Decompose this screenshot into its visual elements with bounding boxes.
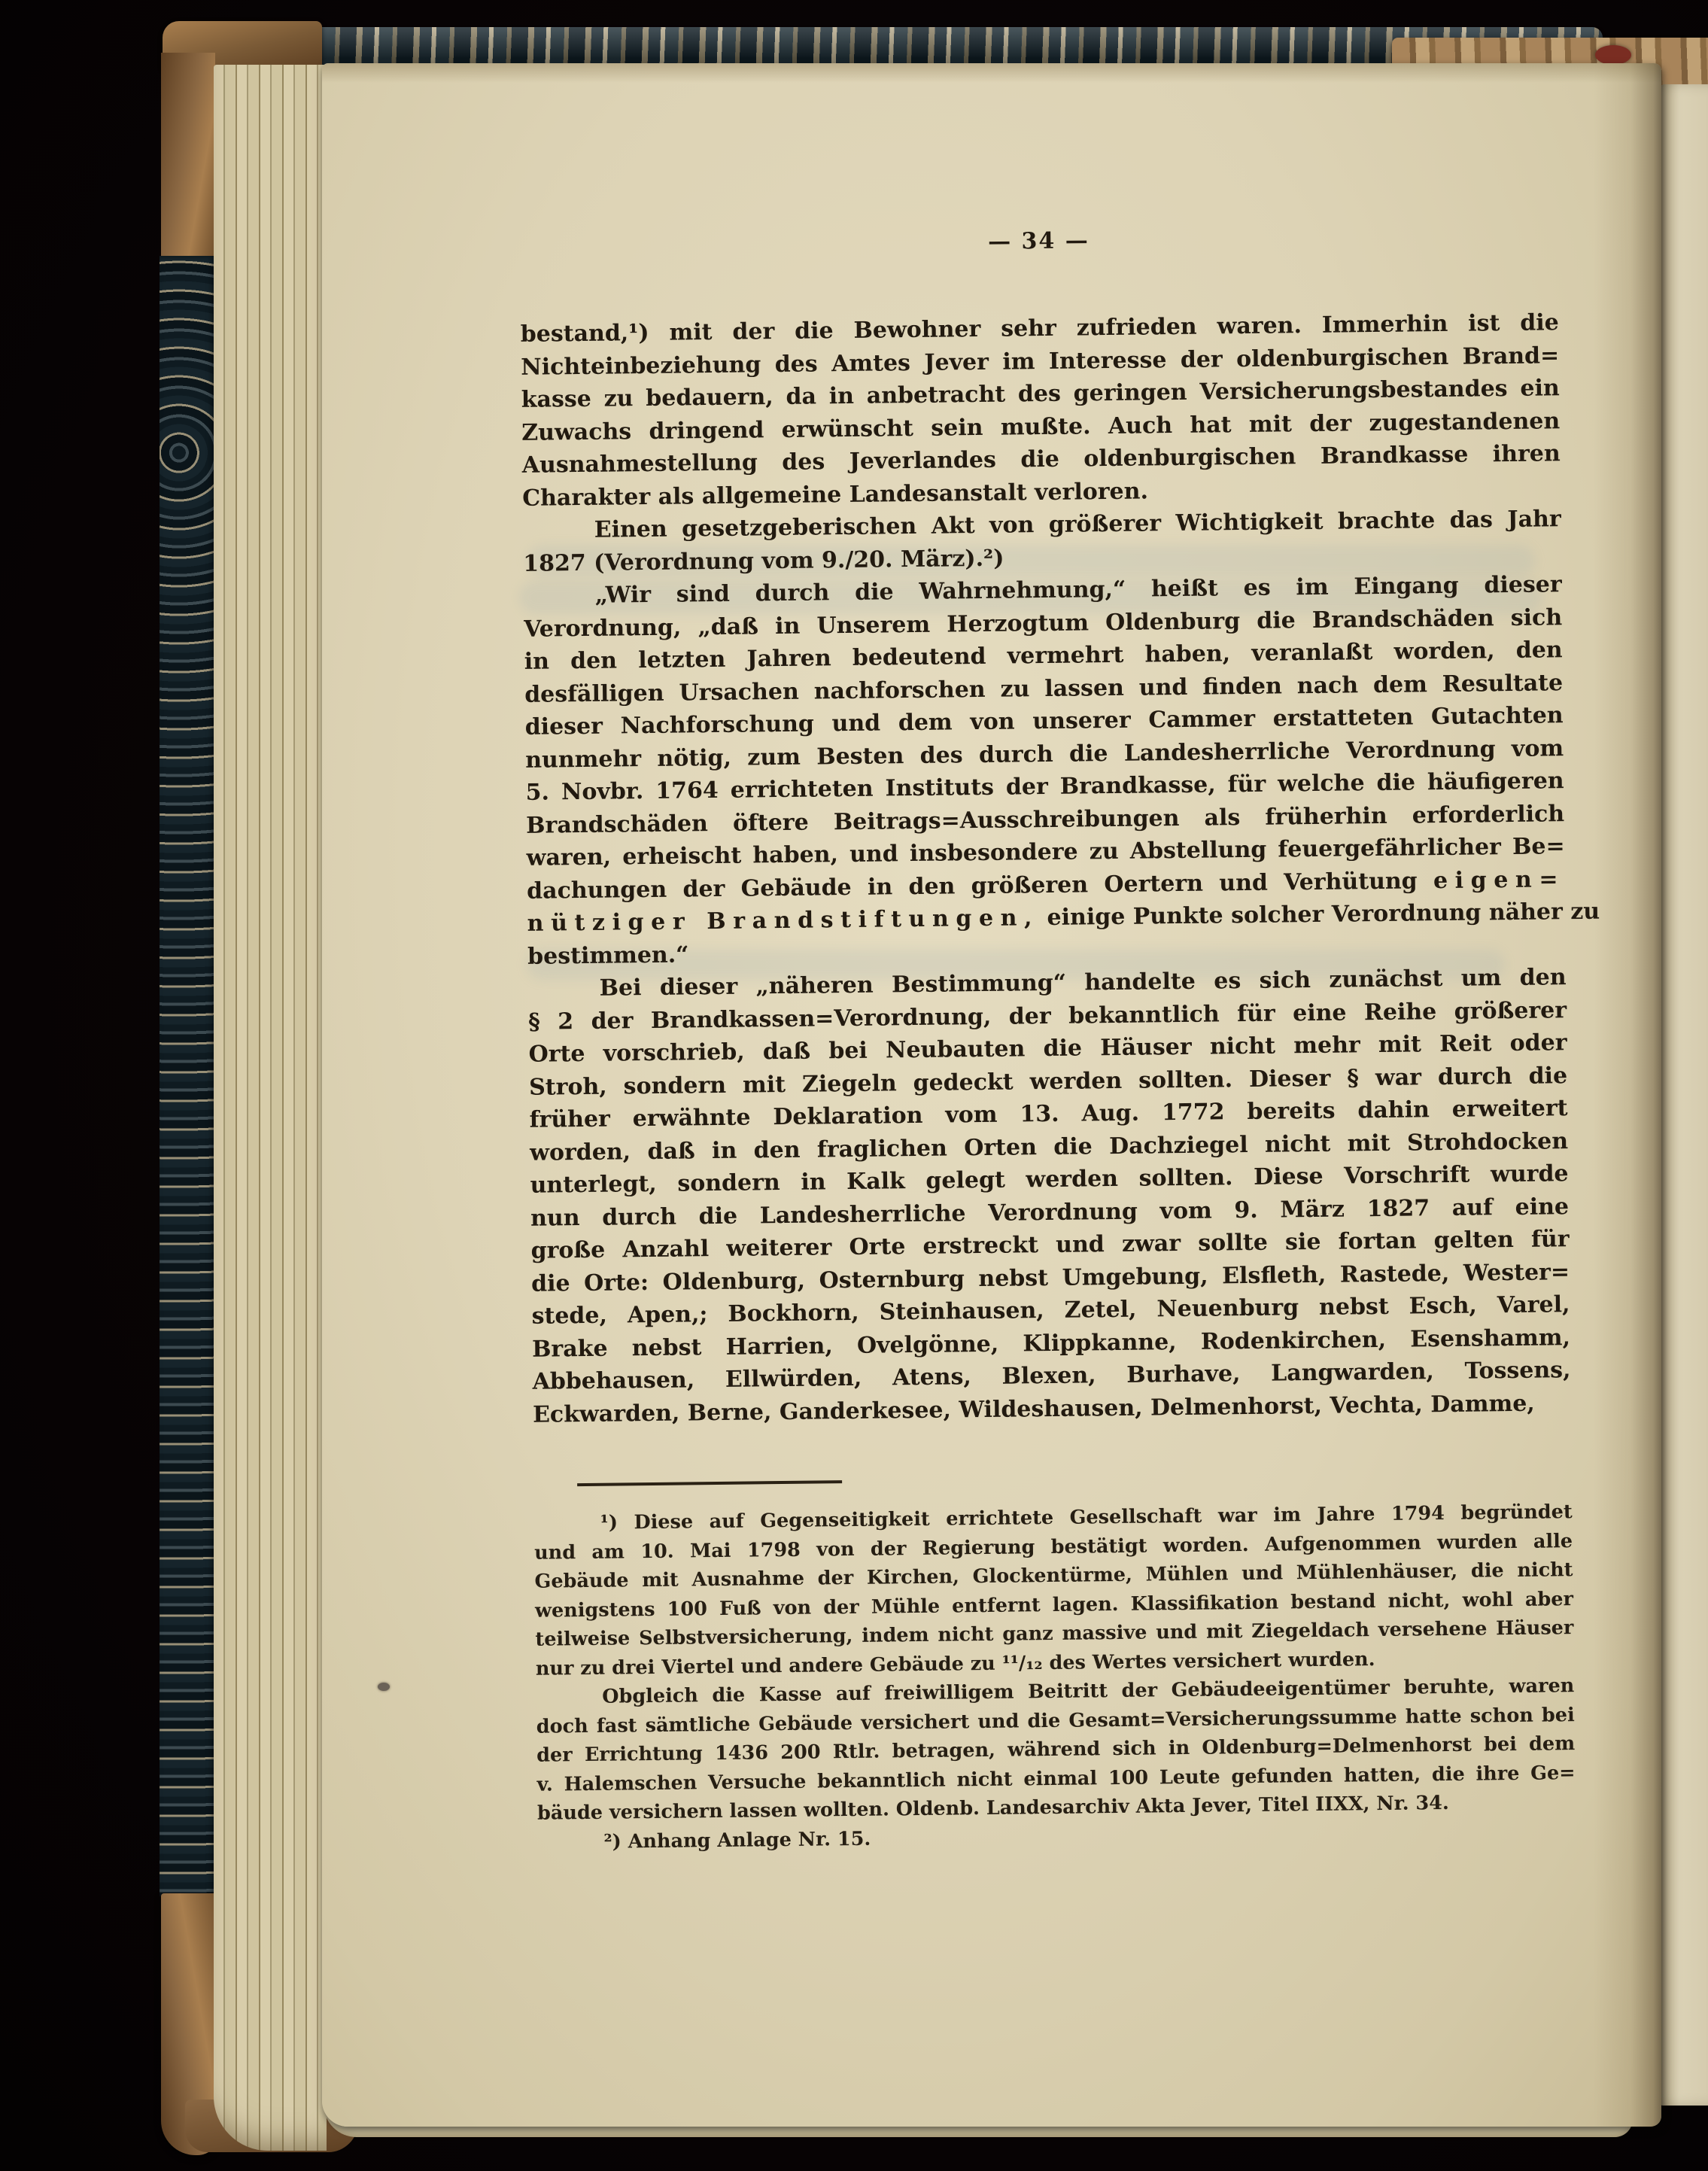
page-top-shadow <box>322 63 1661 83</box>
book-scan-photo: — 34 — bestand,¹) mit der die Bewohner s… <box>0 0 1708 2171</box>
page-edges-stack <box>214 65 327 2151</box>
leather-spine-edge-top <box>161 53 215 260</box>
letterspaced-emphasis: nütziger Brandstiftungen, <box>527 905 1039 937</box>
letterspaced-emphasis: eigen= <box>1433 866 1565 894</box>
footnotes-text: ¹) Diese auf Gegenseitigkeit errichtete … <box>534 1498 1576 1857</box>
body-text: bestand,¹) mit der die Bewohner sehr zuf… <box>521 306 1572 1431</box>
headband-red-patch <box>1595 45 1631 65</box>
next-page-edge <box>1660 84 1708 2106</box>
marbled-cover-side-edge <box>160 256 215 1896</box>
footnote-separator-rule <box>577 1480 842 1486</box>
page-gutter-shadow <box>1594 63 1661 2127</box>
ink-speck <box>378 1683 390 1691</box>
printed-text-block: — 34 — bestand,¹) mit der die Bewohner s… <box>519 220 1576 1857</box>
